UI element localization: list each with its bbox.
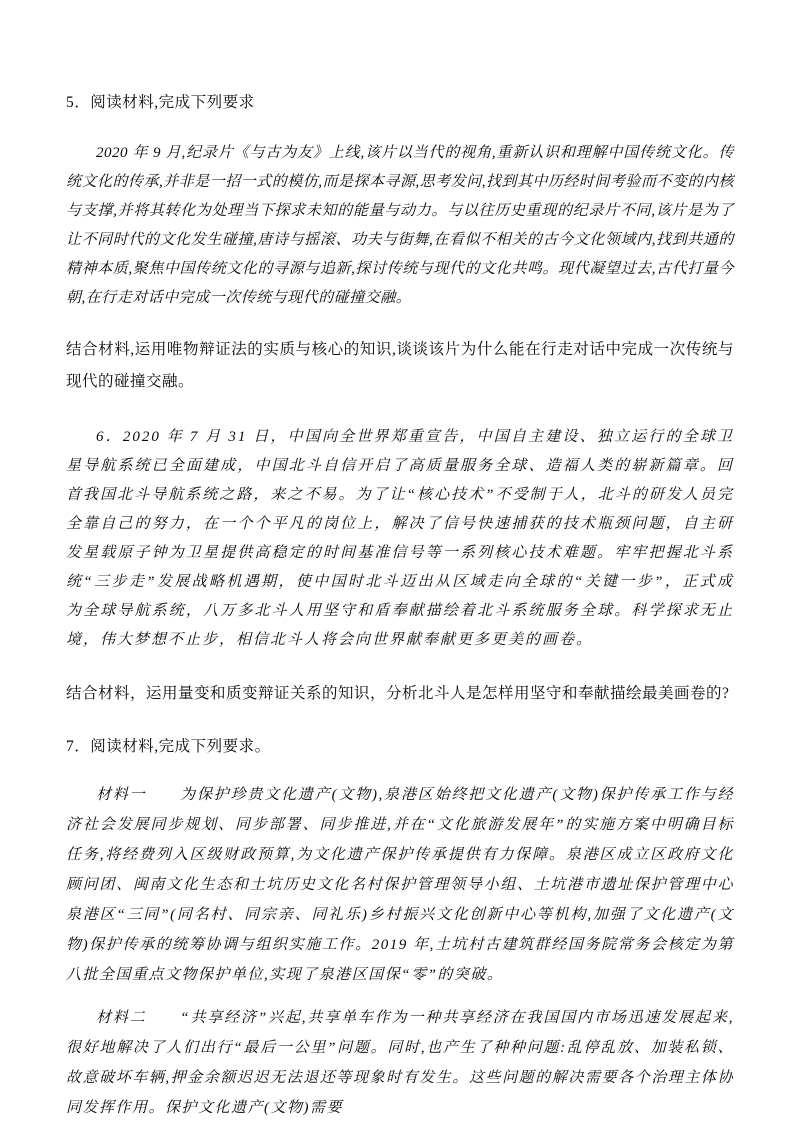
question-7-heading: 7．阅读材料,完成下列要求。: [66, 736, 734, 757]
question-5-prompt: 结合材料,运用唯物辩证法的实质与核心的知识,谈谈该片为什么能在行走对话中完成一次…: [66, 334, 734, 398]
document-page: 5．阅读材料,完成下列要求 2020 年 9 月,纪录片《与古为友》上线,该片以…: [0, 0, 794, 1123]
question-6-prompt: 结合材料，运用量变和质变辩证关系的知识，分析北斗人是怎样用坚守和奉献描绘最美画卷…: [66, 678, 734, 710]
question-7-material-two-paragraph: 材料二 “共享经济”兴起,共享单车作为一种共享经济在我国国内市场迅速发展起来,很…: [66, 1003, 734, 1123]
question-6-material-paragraph: 6．2020 年 7 月 31 日，中国向全世界郑重宣告，中国自主建设、独立运行…: [66, 423, 734, 655]
question-5-material-paragraph: 2020 年 9 月,纪录片《与古为友》上线,该片以当代的视角,重新认识和理解中…: [66, 139, 734, 313]
question-5-heading: 5．阅读材料,完成下列要求: [66, 92, 734, 113]
question-7-material-one-paragraph: 材料一 为保护珍贵文化遗产(文物),泉港区始终把文化遗产(文物)保护传承工作与经…: [66, 780, 734, 990]
